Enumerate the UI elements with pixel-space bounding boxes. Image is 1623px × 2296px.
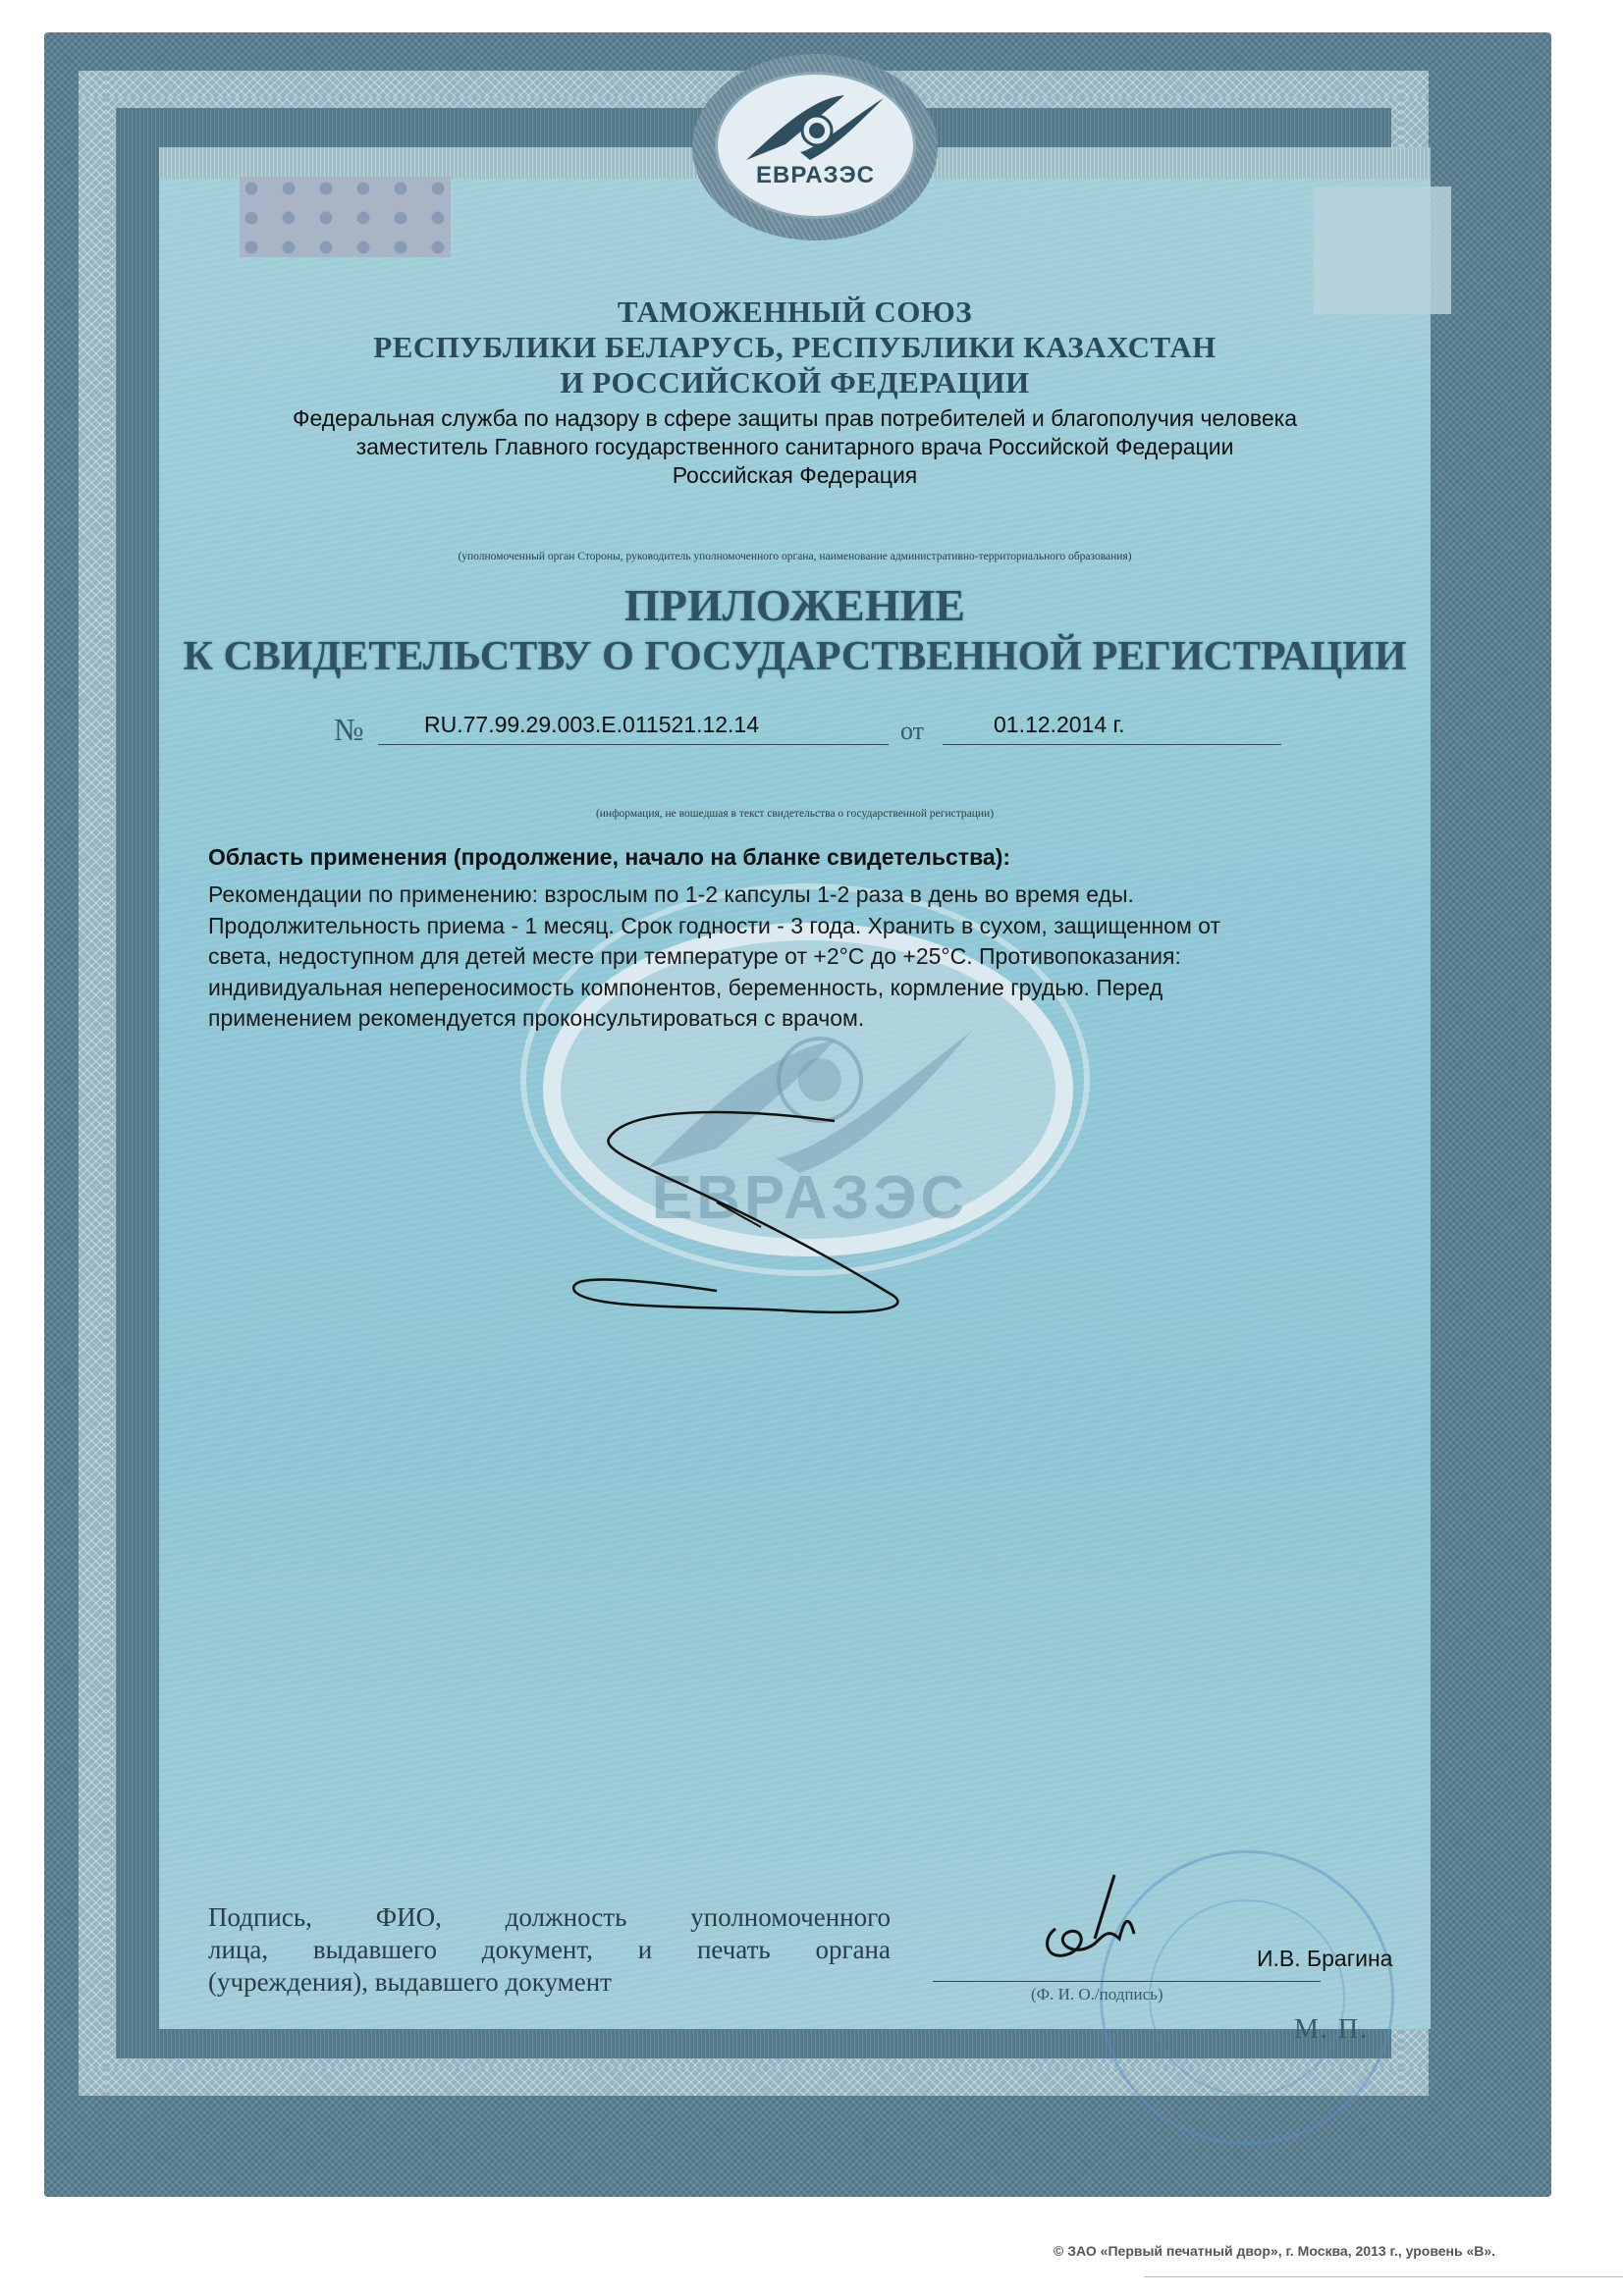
signer-underline [933,1981,1321,1982]
autograph-icon [1036,1870,1173,1978]
signer-name: И.В. Брагина [1257,1946,1392,1972]
info-caption: (информация, не вошедшая в текст свидете… [159,808,1431,820]
number-label: № [334,712,364,748]
hologram-sticker [240,177,451,257]
registration-number: RU.77.99.29.003.E.011521.12.14 [424,712,759,738]
document-subtitle: К СВИДЕТЕЛЬСТВУ О ГОСУДАРСТВЕННОЙ РЕГИСТ… [159,633,1431,680]
application-text: Рекомендации по применению: взрослым по … [208,880,1435,1035]
official-seal-inner [1149,1899,1345,2096]
application-line-1: Рекомендации по применению: взрослым по … [208,880,1435,911]
union-title-line-2: РЕСПУБЛИКИ БЕЛАРУСЬ, РЕСПУБЛИКИ КАЗАХСТА… [159,330,1431,365]
footer-rule [1144,2276,1623,2277]
application-line-3: света, недоступном для детей месте при т… [208,941,1435,973]
seal-place-label: М. П. [1294,2014,1369,2046]
application-line-4: индивидуальная непереносимость компонент… [208,973,1435,1004]
number-underline [378,744,889,745]
application-line-5: применением рекомендуется проконсультиро… [208,1003,1435,1035]
signature-caption-line-3: (учреждения), выдавшего документ [208,1966,891,1999]
registration-date: 01.12.2014 г. [994,712,1124,738]
authority-caption: (уполномоченный орган Стороны, руководит… [159,551,1431,562]
document-title: ПРИЛОЖЕНИЕ [159,579,1431,631]
signer-caption: (Ф. И. О./подпись) [1031,1985,1163,2004]
authority-line-1: Федеральная служба по надзору в сфере за… [159,405,1431,432]
signature-caption-line-2: лица, выдавшего документ, и печать орган… [208,1934,891,1966]
authority-line-2: заместитель Главного государственного са… [159,434,1431,460]
eurasec-logo-icon [727,83,903,162]
printer-note: © ЗАО «Первый печатный двор», г. Москва,… [1054,2243,1495,2259]
blank-strike-mark [569,1109,962,1325]
authority-line-3: Российская Федерация [159,462,1431,489]
emblem-label: ЕВРАЗЭС [734,162,896,189]
application-line-2: Продолжительность приема - 1 месяц. Срок… [208,911,1435,942]
signature-caption: Подпись, ФИО, должность уполномоченного … [208,1901,891,1999]
union-title-line-3: И РОССИЙСКОЙ ФЕДЕРАЦИИ [159,365,1431,400]
section-title: Область применения (продолжение, начало … [208,844,1010,871]
union-title-line-1: ТАМОЖЕННЫЙ СОЮЗ [159,294,1431,330]
date-label: от [900,717,924,746]
signature-caption-line-1: Подпись, ФИО, должность уполномоченного [208,1901,891,1934]
date-underline [943,744,1281,745]
